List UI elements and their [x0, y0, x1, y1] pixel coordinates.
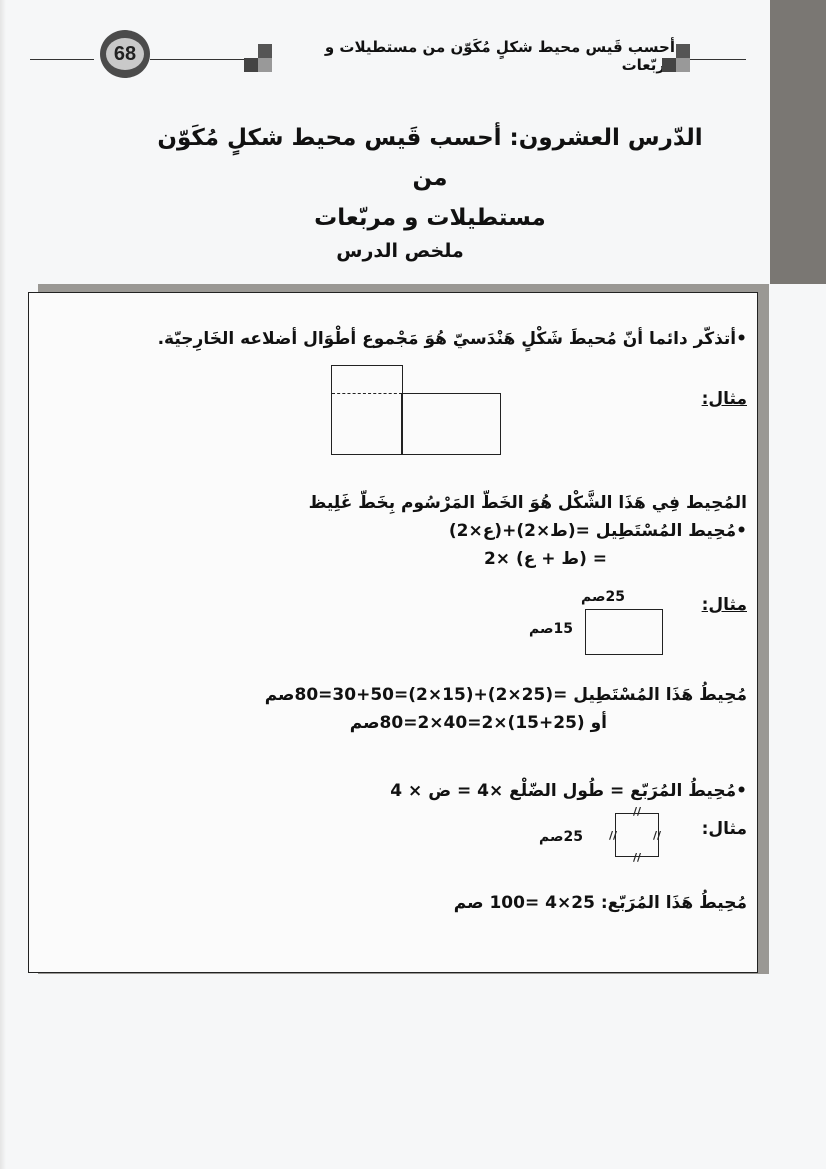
rectangle-formula-simplified: = (ط + ع) ×2 [484, 549, 607, 569]
bold-line-note: المُحِيط فِي هَذَا الشَّكْل هُوَ الخَطّ … [309, 493, 747, 513]
header-rule-left [30, 59, 94, 60]
dashed-internal-line [401, 394, 402, 454]
page-number-badge: 68 [100, 30, 150, 78]
square-calculation: مُحِيطُ هَذَا المُرَبّع: 25×4 =100 صم [454, 893, 747, 913]
header-rule-right [690, 59, 746, 60]
header-square-icon [258, 58, 272, 72]
square-side-label: 25صم [539, 829, 583, 845]
page-edge [0, 0, 6, 1169]
equal-side-tick-icon: // [609, 829, 617, 842]
lesson-title-line1: الدّرس العشرون: أحسب قَيس محيط شكلٍ مُكَ… [150, 118, 710, 198]
summary-box: •أتذكّر دائما أنّ مُحيطَ شَكْلٍ هَنْدَسي… [28, 292, 758, 973]
composite-shape-rectangle [401, 393, 501, 455]
header-square-icon [662, 58, 676, 72]
summary-heading: ملخص الدرس [250, 240, 550, 262]
example-label: مثال: [702, 389, 747, 409]
rectangle-width-label: 15صم [529, 621, 573, 637]
lesson-title-line2: مستطيلات و مربّعات [150, 198, 710, 238]
header-square-icon [244, 58, 258, 72]
rectangle-calculation-alt: أو (25+15)×2=40×2=80صم [350, 713, 607, 733]
lesson-title: الدّرس العشرون: أحسب قَيس محيط شكلٍ مُكَ… [150, 118, 710, 238]
example-rectangle [585, 609, 663, 655]
rectangle-formula: •مُحِيط المُسْتَطِيل =(ط×2)+(ع×2) [449, 521, 747, 541]
perimeter-rule: •أتذكّر دائما أنّ مُحيطَ شَكْلٍ هَنْدَسي… [158, 329, 747, 349]
example-label: مثال: [702, 819, 747, 839]
running-title: أحسب قَيس محيط شكلٍ مُكَوّن من مستطيلات … [275, 38, 675, 74]
equal-side-tick-icon: // [633, 805, 641, 818]
equal-side-tick-icon: // [633, 851, 641, 864]
header-square-icon [258, 44, 272, 58]
dashed-internal-line [332, 393, 402, 394]
page-number: 68 [106, 38, 144, 70]
header-square-icon [676, 44, 690, 58]
example-label: مثال: [702, 595, 747, 615]
square-formula: •مُحِيطُ المُرَبّع = طُول الضّلْع ×4 = ض… [390, 781, 747, 801]
composite-shape-bottom-left [331, 393, 403, 455]
page-tab-strip [770, 0, 826, 284]
equal-side-tick-icon: // [653, 829, 661, 842]
header-square-icon [676, 58, 690, 72]
rectangle-calculation: مُحِيطُ هَذَا المُسْتَطِيل =(25×2)+(15×2… [265, 685, 747, 705]
rectangle-length-label: 25صم [581, 589, 625, 605]
